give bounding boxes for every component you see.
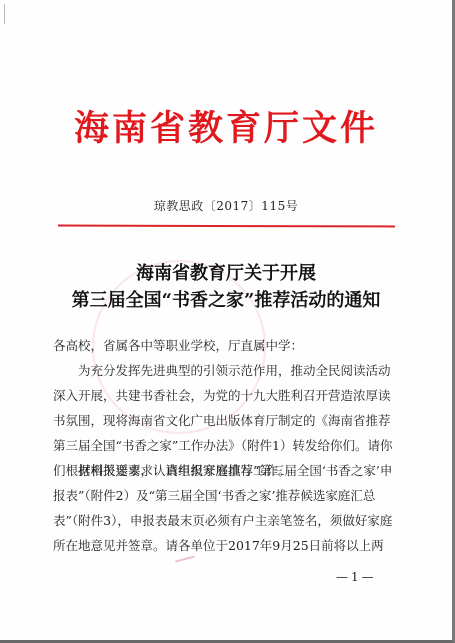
salutation-text: 各高校，省属各中等职业学校，厅直属中学： [53, 333, 398, 358]
document-page: 海南省教育厅文件 琼教思政〔2017〕115号 海南省教育厅关于开展 第三届全国… [0, 0, 455, 643]
body-paragraph-2: 材料报送要求：请申报家庭填写“第三届全国‘书香之家’申报表”（附件2）及“第三届… [53, 458, 398, 558]
red-divider-line [58, 225, 395, 228]
page-number: —1— [336, 570, 377, 584]
notice-title-line-1: 海南省教育厅关于开展 [0, 259, 452, 285]
notice-title-line-2: 第三届全国“书香之家”推荐活动的通知 [0, 286, 452, 312]
issuer-header-title: 海南省教育厅文件 [0, 101, 452, 151]
scan-artifact [4, 4, 5, 24]
salutation: 各高校，省属各中等职业学校，厅直属中学： [53, 333, 398, 358]
document-number: 琼教思政〔2017〕115号 [0, 197, 452, 214]
paragraph-text: 材料报送要求：请申报家庭填写“第三届全国‘书香之家’申报表”（附件2）及“第三届… [53, 458, 398, 558]
